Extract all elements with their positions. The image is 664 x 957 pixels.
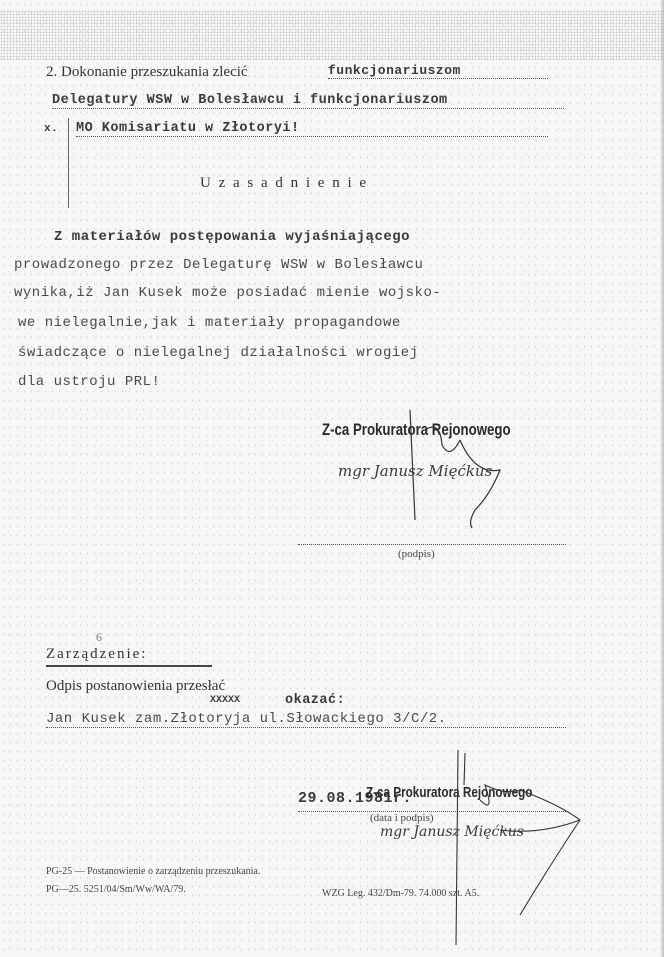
signature-line — [298, 543, 566, 545]
margin-line — [68, 118, 69, 208]
justification-line: wynika,iż Jan Kusek może posiadać mienie… — [14, 285, 441, 301]
item2-line3: MO Komisariatu w Złotoryi! — [76, 121, 548, 137]
item2-line1: funkcjonariuszom — [328, 63, 548, 79]
show-label: okazać: — [285, 693, 345, 708]
order-heading: Zarządzenie: — [46, 646, 212, 667]
justification-heading: U z a s a d n i e n i e — [200, 175, 368, 192]
item2-line2: Delegatury WSW w Bolesławcu i funkcjonar… — [52, 93, 564, 109]
item2-prefix: 2. Dokonanie przeszukania zlecić — [46, 64, 248, 81]
send-copy-label: Odpis postanowienia przesłać — [46, 678, 225, 695]
page-edge-shadow — [660, 0, 664, 957]
date-signature-caption: (data i podpis) — [370, 812, 434, 824]
form-code: PG—25. 5251/04/Sm/Ww/WA/79. — [46, 884, 186, 895]
signature-caption: (podpis) — [398, 548, 435, 560]
handwritten-signature-2-icon — [440, 745, 590, 955]
justification-line: świadczące o nielegalnej działalności wr… — [18, 345, 419, 361]
justification-line: we nielegalnie,jak i materiały propagand… — [18, 315, 401, 331]
handwritten-signature-icon — [380, 400, 520, 530]
scanned-document-page: 2. Dokonanie przeszukania zlecić funkcjo… — [0, 0, 664, 957]
item2-margin-mark: x. — [44, 123, 58, 135]
struck-word: XXXXX — [210, 695, 240, 706]
margin-handwritten-mark: 6 — [96, 630, 102, 645]
justification-line: prowadzonego przez Delegaturę WSW w Bole… — [14, 257, 423, 273]
scan-artifact-band — [0, 10, 664, 60]
recipient-line: Jan Kusek zam.Złotoryja ul.Słowackiego 3… — [46, 711, 566, 728]
justification-line: Z materiałów postępowania wyjaśniającego — [54, 229, 410, 245]
justification-line: dla ustroju PRL! — [18, 374, 160, 390]
form-title: PG-25 — Postanowienie o zarządzeniu prze… — [46, 866, 260, 877]
printer-info: WZG Leg. 432/Dm-79. 74.000 szt. A5. — [322, 888, 479, 899]
